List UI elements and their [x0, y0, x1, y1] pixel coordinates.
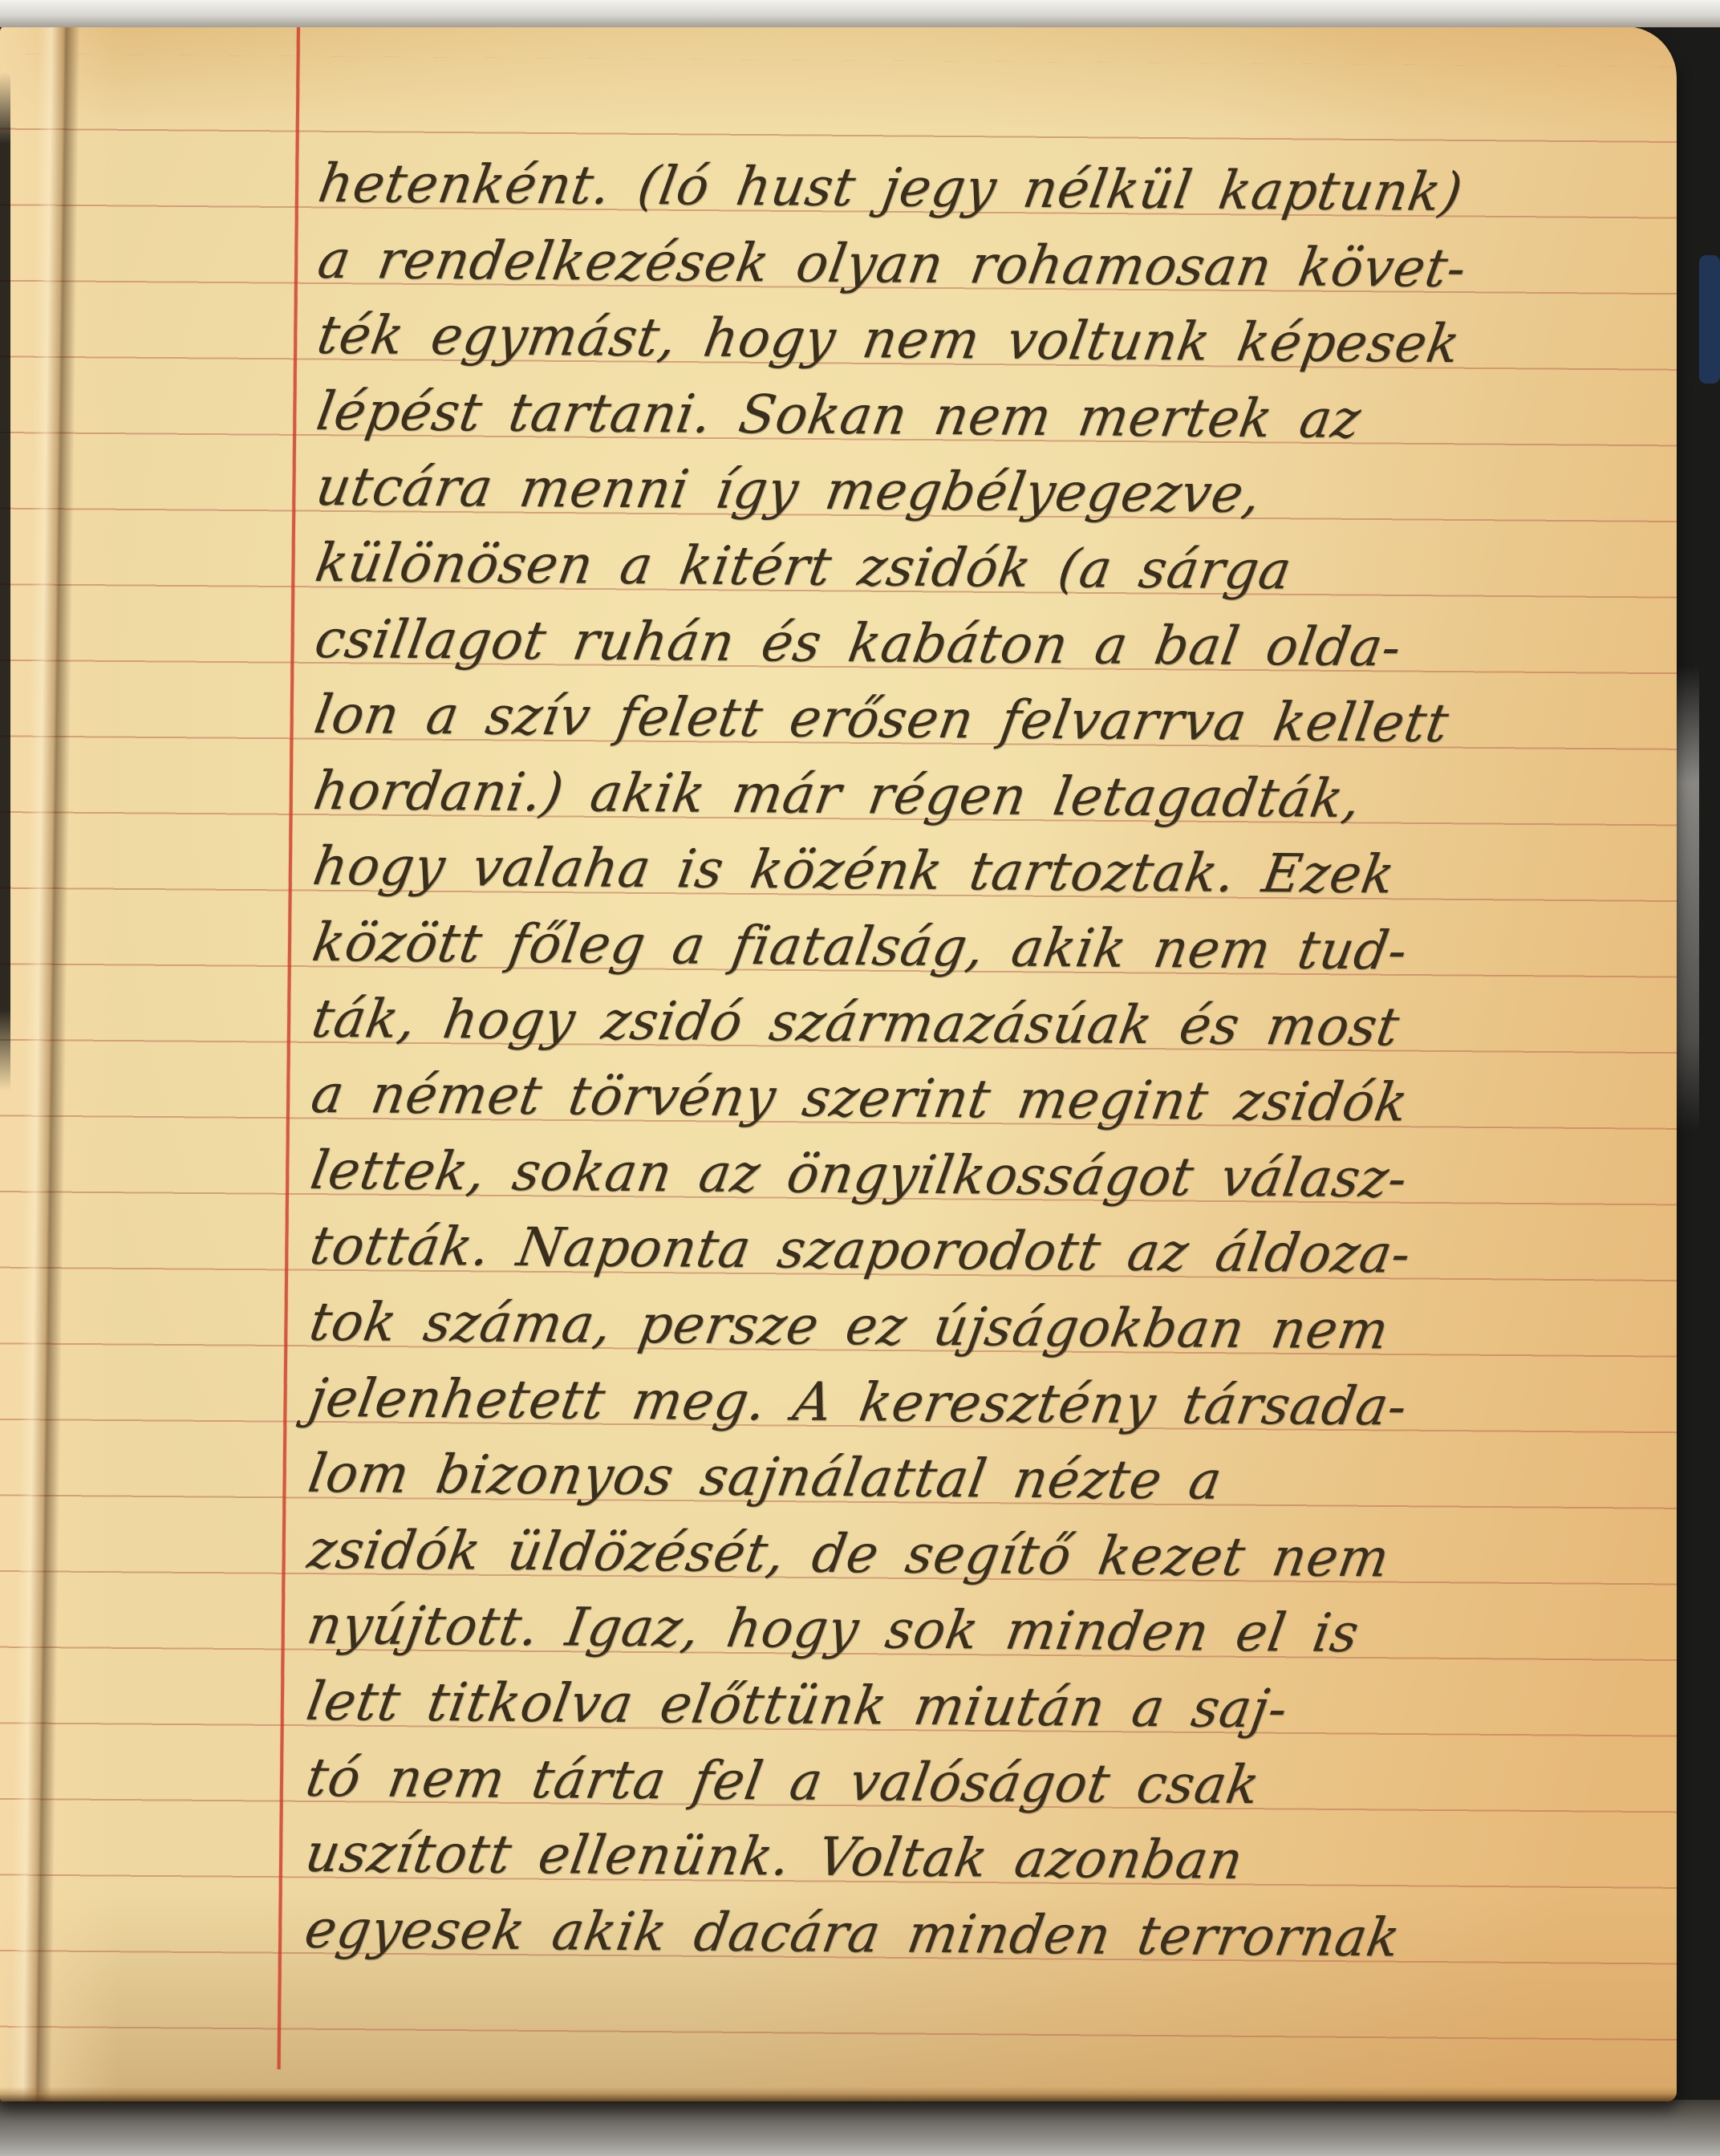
- scanner-background-bottom: [0, 2100, 1720, 2156]
- line-text: lom bizonyos sajnálattal nézte a: [302, 1435, 1227, 1521]
- handwritten-line: lépést tartani. Sokan nem mertek az: [313, 374, 1357, 459]
- handwritten-line: utcára menni így megbélyegezve,: [312, 449, 1256, 534]
- line-text: nyújtott. Igaz, hogy sok minden el is: [302, 1587, 1365, 1674]
- handwritten-line: zsidók üldözését, de segítő kezet nem: [304, 1512, 1385, 1598]
- handwritten-line: hordani.) akik már régen letagadták,: [310, 753, 1357, 838]
- page-stack-side: [1677, 666, 1699, 1131]
- line-text: lépést tartani. Sokan nem mertek az: [311, 373, 1367, 460]
- line-text: csillagot ruhán és kabáton a bal olda-: [309, 601, 1407, 688]
- handwritten-line: hogy valaha is közénk tartoztak. Ezek: [309, 829, 1390, 915]
- handwritten-line: egyesek akik dacára minden terrornak: [301, 1892, 1396, 1978]
- line-text: a rendelkezések olyan rohamosan követ-: [312, 221, 1472, 309]
- book-cover-edge: [1699, 255, 1720, 384]
- handwritten-line: között főleg a fiatalság, akik nem tud-: [309, 905, 1403, 991]
- notebook-page: hetenként. (ló hust jegy nélkül kaptunk)…: [0, 26, 1677, 2101]
- sheet-content: hetenként. (ló hust jegy nélkül kaptunk)…: [0, 26, 1677, 2101]
- line-text: között főleg a fiatalság, akik nem tud-: [306, 904, 1414, 992]
- line-text: lettek, sokan az öngyilkosságot válasz-: [305, 1132, 1414, 1220]
- line-text: ták, hogy zsidó származásúak és most: [306, 981, 1406, 1067]
- line-text: tok száma, persze ez újságokban nem: [304, 1284, 1395, 1370]
- line-text: jelenhetett meg. A keresztény társada-: [303, 1360, 1414, 1447]
- line-text: lon a szív felett erősen felvarrva kelle…: [309, 676, 1455, 764]
- handwritten-line: uszított ellenünk. Voltak azonban: [302, 1816, 1239, 1900]
- line-text: különösen a kitért zsidók (a sárga: [310, 525, 1297, 611]
- handwritten-line: ták, hogy zsidó származásúak és most: [308, 981, 1395, 1067]
- handwritten-line: a német törvény szerint megint zsidók: [307, 1057, 1403, 1143]
- line-text: tó nem tárta fel a valóságot csak: [300, 1740, 1266, 1825]
- line-text: utcára menni így megbélyegezve,: [310, 449, 1268, 534]
- handwritten-line: lom bizonyos sajnálattal nézte a: [304, 1436, 1217, 1521]
- line-text: lett titkolva előttünk miután a saj-: [301, 1663, 1294, 1749]
- scanner-background-top: [0, 0, 1720, 27]
- line-text: ték egymást, hogy nem voltunk képesek: [311, 297, 1466, 384]
- line-text: hetenként. (ló hust jegy nélkül kaptunk): [313, 145, 1469, 233]
- line-text: tották. Naponta szaporodott az áldoza-: [304, 1208, 1417, 1295]
- handwritten-line: csillagot ruhán és kabáton a bal olda-: [311, 602, 1397, 688]
- scanned-notebook-photo: hetenként. (ló hust jegy nélkül kaptunk)…: [0, 0, 1720, 2156]
- handwritten-line: lon a szív felett erősen felvarrva kelle…: [310, 677, 1444, 763]
- handwritten-line: nyújtott. Igaz, hogy sok minden el is: [303, 1588, 1354, 1673]
- line-text: hogy valaha is közénk tartoztak. Ezek: [307, 828, 1401, 915]
- handwritten-line: tok száma, persze ez újságokban nem: [306, 1285, 1384, 1370]
- handwritten-line: lettek, sokan az öngyilkosságot válasz-: [306, 1133, 1402, 1219]
- page-stack-edge: [0, 2087, 1677, 2101]
- handwritten-line: hetenként. (ló hust jegy nélkül kaptunk): [314, 146, 1458, 232]
- handwritten-line: különösen a kitért zsidók (a sárga: [311, 526, 1287, 611]
- handwritten-line: ték egymást, hogy nem voltunk képesek: [314, 298, 1456, 384]
- line-text: uszított ellenünk. Voltak azonban: [299, 1814, 1249, 1900]
- line-text: egyesek akik dacára minden terrornak: [299, 1890, 1406, 1978]
- handwritten-line: jelenhetett meg. A keresztény társada-: [305, 1361, 1402, 1447]
- line-text: hordani.) akik már régen letagadták,: [308, 753, 1367, 839]
- handwritten-line: a rendelkezések olyan rohamosan követ-: [314, 222, 1462, 308]
- handwritten-line: tották. Naponta szaporodott az áldoza-: [306, 1208, 1406, 1294]
- handwritten-line: lett titkolva előttünk miután a saj-: [302, 1664, 1283, 1749]
- handwritten-line: tó nem tárta fel a valóságot csak: [302, 1740, 1255, 1825]
- binding-shadow: [0, 72, 10, 1091]
- line-text: a német törvény szerint megint zsidók: [306, 1056, 1414, 1143]
- line-text: zsidók üldözését, de segítő kezet nem: [302, 1512, 1395, 1598]
